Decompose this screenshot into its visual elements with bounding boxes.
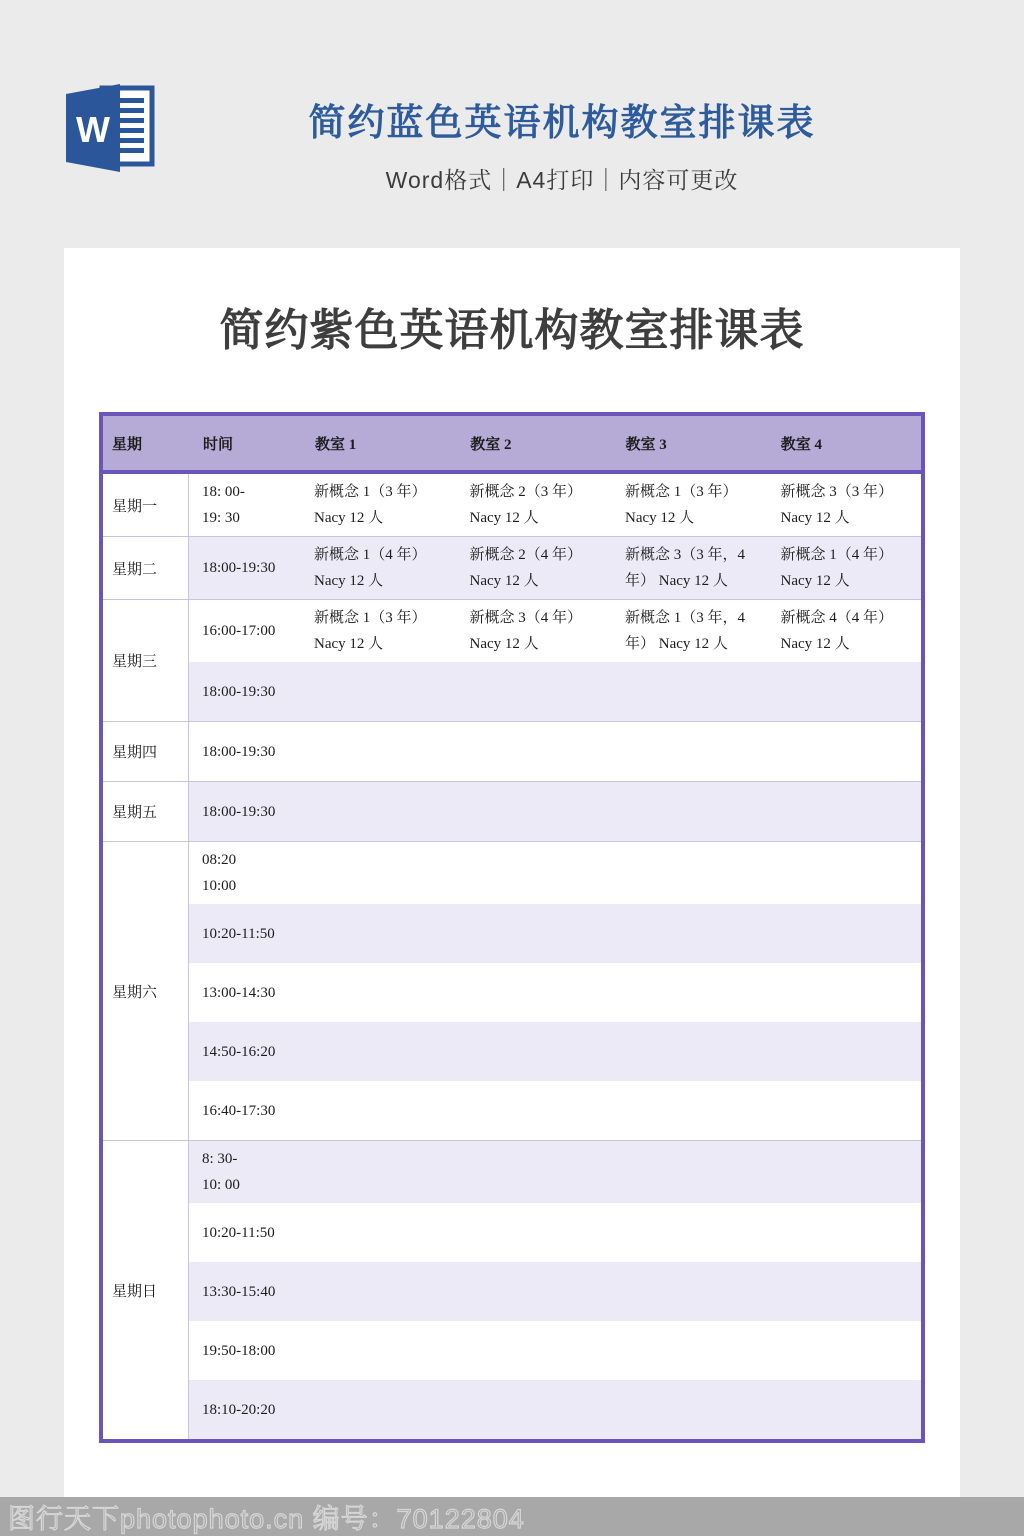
slot-list: 8: 30-10: 0010:20-11:5013:30-15:4019:50-… [189, 1141, 921, 1439]
time-line: 16:40-17:30 [202, 1098, 299, 1124]
class-line: Nacy 12 人 [314, 568, 450, 594]
time-cell: 19:50-18:00 [189, 1338, 299, 1364]
time-line: 14:50-16:20 [202, 1039, 299, 1065]
class-line: Nacy 12 人 [781, 568, 917, 594]
time-cell: 14:50-16:20 [189, 1039, 299, 1065]
time-line: 10: 00 [202, 1172, 299, 1198]
class-line: Nacy 12 人 [625, 505, 761, 531]
slot-row: 18:00-19:30 [189, 782, 921, 841]
class-line: Nacy 12 人 [470, 505, 606, 531]
class-line: 新概念 2（3 年） [470, 479, 606, 505]
slot-list: 18: 00-19: 30新概念 1（3 年）Nacy 12 人新概念 2（3 … [189, 474, 921, 536]
day-group: 星期一18: 00-19: 30新概念 1（3 年）Nacy 12 人新概念 2… [103, 474, 921, 536]
class-line: 年） Nacy 12 人 [625, 631, 761, 657]
day-group: 星期日8: 30-10: 0010:20-11:5013:30-15:4019:… [103, 1140, 921, 1439]
time-cell: 16:00-17:00 [189, 618, 299, 644]
class-line: 新概念 1（3 年） [314, 605, 450, 631]
day-group: 星期五18:00-19:30 [103, 781, 921, 841]
time-line: 18:00-19:30 [202, 799, 299, 825]
time-cell: 13:00-14:30 [189, 980, 299, 1006]
class-line: Nacy 12 人 [314, 505, 450, 531]
time-line: 08:20 [202, 847, 299, 873]
slot-list: 16:00-17:00新概念 1（3 年）Nacy 12 人新概念 3（4 年）… [189, 600, 921, 721]
table-header-cell: 教室 2 [455, 433, 610, 454]
table-header-row: 星期时间教室 1教室 2教室 3教室 4 [103, 416, 921, 474]
class-cell: 新概念 2（3 年）Nacy 12 人 [455, 479, 611, 531]
document-title: 简约紫色英语机构教室排课表 [64, 248, 960, 358]
day-cell: 星期五 [103, 782, 189, 841]
class-line: Nacy 12 人 [470, 631, 606, 657]
slot-row: 10:20-11:50 [189, 1203, 921, 1262]
time-line: 10:00 [202, 873, 299, 899]
day-group: 星期四18:00-19:30 [103, 721, 921, 781]
time-line: 10:20-11:50 [202, 1220, 299, 1246]
slot-row: 10:20-11:50 [189, 904, 921, 963]
class-cell: 新概念 1（4 年）Nacy 12 人 [766, 542, 922, 594]
time-cell: 13:30-15:40 [189, 1279, 299, 1305]
slot-list: 08:2010:0010:20-11:5013:00-14:3014:50-16… [189, 842, 921, 1140]
class-line: 新概念 3（4 年） [470, 605, 606, 631]
slot-list: 18:00-19:30 [189, 722, 921, 781]
class-cell: 新概念 4（4 年）Nacy 12 人 [766, 605, 922, 657]
slot-row: 13:30-15:40 [189, 1262, 921, 1321]
time-cell: 10:20-11:50 [189, 1220, 299, 1246]
slot-row: 18: 00-19: 30新概念 1（3 年）Nacy 12 人新概念 2（3 … [189, 474, 921, 536]
slot-row: 18:00-19:30新概念 1（4 年）Nacy 12 人新概念 2（4 年）… [189, 537, 921, 599]
watermark-text: 图行天下photophoto.cn 编号：70122804 [8, 1497, 525, 1536]
class-line: Nacy 12 人 [470, 568, 606, 594]
slot-row: 8: 30-10: 00 [189, 1141, 921, 1203]
time-line: 13:30-15:40 [202, 1279, 299, 1305]
class-line: 新概念 3（3 年） [781, 479, 917, 505]
schedule-table: 星期时间教室 1教室 2教室 3教室 4星期一18: 00-19: 30新概念 … [99, 412, 925, 1443]
slot-list: 18:00-19:30 [189, 782, 921, 841]
class-line: Nacy 12 人 [314, 631, 450, 657]
time-line: 13:00-14:30 [202, 980, 299, 1006]
class-line: Nacy 12 人 [781, 631, 917, 657]
time-line: 10:20-11:50 [202, 921, 299, 947]
day-cell: 星期日 [103, 1141, 189, 1439]
time-cell: 18:00-19:30 [189, 555, 299, 581]
day-cell: 星期六 [103, 842, 189, 1140]
slot-row: 16:00-17:00新概念 1（3 年）Nacy 12 人新概念 3（4 年）… [189, 600, 921, 662]
class-line: 新概念 1（3 年） [314, 479, 450, 505]
day-group: 星期二18:00-19:30新概念 1（4 年）Nacy 12 人新概念 2（4… [103, 536, 921, 599]
time-cell: 08:2010:00 [189, 847, 299, 899]
time-cell: 18:00-19:30 [189, 679, 299, 705]
slot-row: 08:2010:00 [189, 842, 921, 904]
time-cell: 18:00-19:30 [189, 799, 299, 825]
time-cell: 18:10-20:20 [189, 1397, 299, 1423]
document-page: 简约紫色英语机构教室排课表 星期时间教室 1教室 2教室 3教室 4星期一18:… [64, 248, 960, 1497]
slot-row: 19:50-18:00 [189, 1321, 921, 1380]
time-line: 18:10-20:20 [202, 1397, 299, 1423]
slot-list: 18:00-19:30新概念 1（4 年）Nacy 12 人新概念 2（4 年）… [189, 537, 921, 599]
class-line: 新概念 1（3 年，4 [625, 605, 761, 631]
time-cell: 18:00-19:30 [189, 739, 299, 765]
day-group: 星期六08:2010:0010:20-11:5013:00-14:3014:50… [103, 841, 921, 1140]
day-cell: 星期一 [103, 474, 189, 536]
template-banner: W 简约蓝色英语机构教室排课表 Word格式｜A4打印｜内容可更改 [0, 0, 1024, 248]
class-cell: 新概念 3（3 年，4年） Nacy 12 人 [610, 542, 766, 594]
time-line: 19: 30 [202, 505, 299, 531]
class-line: 新概念 1（4 年） [781, 542, 917, 568]
class-cell: 新概念 1（4 年）Nacy 12 人 [299, 542, 455, 594]
day-cell: 星期二 [103, 537, 189, 599]
class-cell: 新概念 1（3 年，4年） Nacy 12 人 [610, 605, 766, 657]
watermark-bar: 图行天下photophoto.cn 编号：70122804 [0, 1497, 1024, 1536]
slot-row: 18:00-19:30 [189, 662, 921, 721]
class-line: Nacy 12 人 [781, 505, 917, 531]
day-group: 星期三16:00-17:00新概念 1（3 年）Nacy 12 人新概念 3（4… [103, 599, 921, 721]
class-line: 新概念 1（3 年） [625, 479, 761, 505]
table-header-cell: 教室 4 [766, 433, 921, 454]
time-line: 18:00-19:30 [202, 679, 299, 705]
class-cell: 新概念 1（3 年）Nacy 12 人 [610, 479, 766, 531]
table-header-cell: 时间 [190, 433, 300, 454]
slot-row: 16:40-17:30 [189, 1081, 921, 1140]
banner-subtitle: Word格式｜A4打印｜内容可更改 [100, 162, 1024, 195]
table-header-cell: 教室 3 [611, 433, 766, 454]
class-line: 新概念 3（3 年，4 [625, 542, 761, 568]
class-cell: 新概念 3（3 年）Nacy 12 人 [766, 479, 922, 531]
banner-title: 简约蓝色英语机构教室排课表 [100, 92, 1024, 146]
slot-row: 18:10-20:20 [189, 1380, 921, 1439]
time-cell: 10:20-11:50 [189, 921, 299, 947]
time-line: 19:50-18:00 [202, 1338, 299, 1364]
time-line: 18:00-19:30 [202, 555, 299, 581]
time-line: 8: 30- [202, 1146, 299, 1172]
class-line: 新概念 1（4 年） [314, 542, 450, 568]
banner-text: 简约蓝色英语机构教室排课表 Word格式｜A4打印｜内容可更改 [100, 92, 1024, 195]
table-header-cell: 教室 1 [300, 433, 455, 454]
slot-row: 14:50-16:20 [189, 1022, 921, 1081]
time-line: 16:00-17:00 [202, 618, 299, 644]
class-cell: 新概念 1（3 年）Nacy 12 人 [299, 605, 455, 657]
slot-row: 18:00-19:30 [189, 722, 921, 781]
day-cell: 星期三 [103, 600, 189, 721]
table-header-cell: 星期 [103, 433, 190, 454]
class-line: 年） Nacy 12 人 [625, 568, 761, 594]
day-cell: 星期四 [103, 722, 189, 781]
time-cell: 16:40-17:30 [189, 1098, 299, 1124]
time-cell: 18: 00-19: 30 [189, 479, 299, 531]
class-cell: 新概念 3（4 年）Nacy 12 人 [455, 605, 611, 657]
class-line: 新概念 4（4 年） [781, 605, 917, 631]
slot-row: 13:00-14:30 [189, 963, 921, 1022]
class-cell: 新概念 1（3 年）Nacy 12 人 [299, 479, 455, 531]
time-line: 18:00-19:30 [202, 739, 299, 765]
class-line: 新概念 2（4 年） [470, 542, 606, 568]
class-cell: 新概念 2（4 年）Nacy 12 人 [455, 542, 611, 594]
time-cell: 8: 30-10: 00 [189, 1146, 299, 1198]
time-line: 18: 00- [202, 479, 299, 505]
